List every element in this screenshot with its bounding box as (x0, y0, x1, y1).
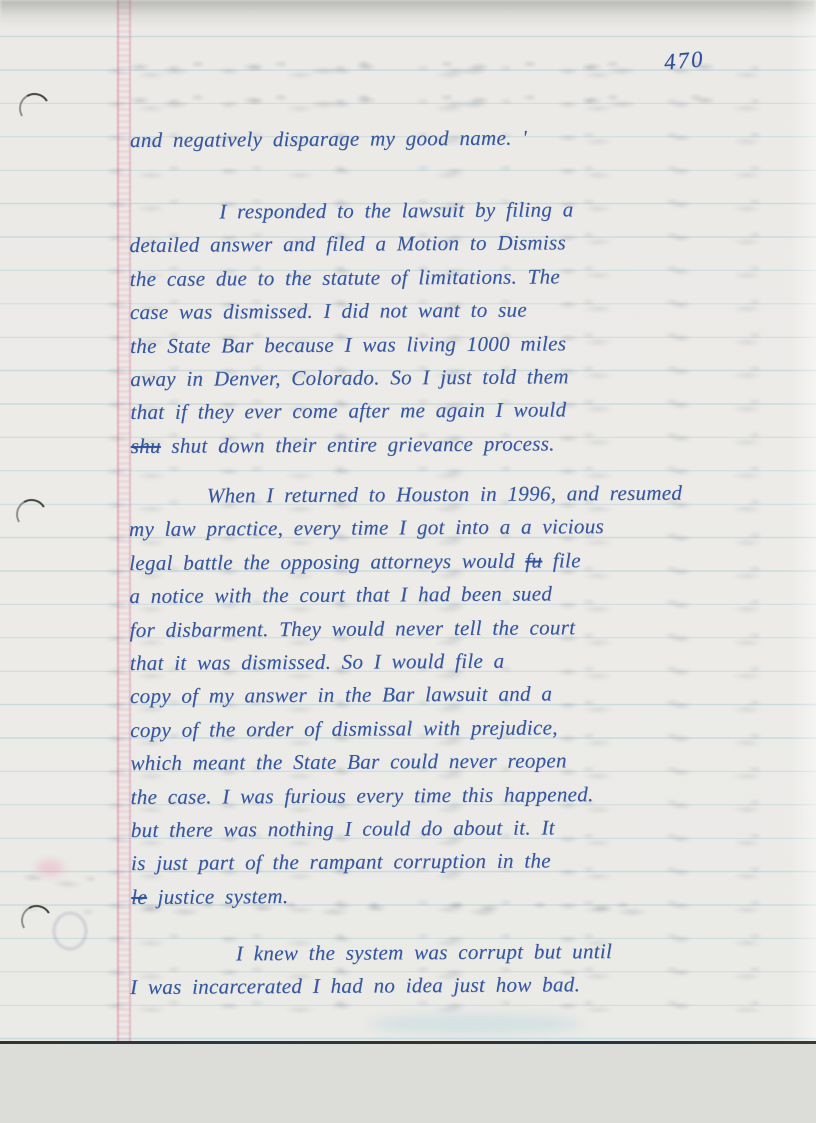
handwritten-text: away in Denver, Colorado. So I just told… (130, 364, 569, 391)
handwritten-text: case was dismissed. I did not want to su… (130, 298, 527, 324)
handwritten-line: legal battle the opposing attorneys woul… (129, 543, 789, 580)
handwritten-line: When I returned to Houston in 1996, and … (129, 476, 789, 513)
handwritten-line: a notice with the court that I had been … (129, 576, 789, 613)
handwritten-line: is just part of the rampant corruption i… (131, 843, 791, 880)
handwritten-line: that it was dismissed. So I would file a (130, 643, 790, 680)
handwritten-line: but there was nothing I could do about i… (131, 810, 791, 847)
handwritten-line: copy of my answer in the Bar lawsuit and… (130, 676, 790, 713)
handwritten-line: which meant the State Bar could never re… (130, 743, 790, 780)
handwritten-line: and negatively disparage my good name. ' (130, 120, 790, 157)
handwritten-text: copy of the order of dismissal with prej… (130, 715, 558, 742)
handwritten-text: detailed answer and filed a Motion to Di… (129, 231, 566, 258)
handwritten-text: copy of my answer in the Bar lawsuit and… (130, 682, 552, 709)
scanner-bed (0, 1044, 816, 1123)
handwritten-line: the case. I was furious every time this … (131, 777, 791, 814)
struck-out-word: le (131, 885, 147, 909)
handwritten-text: the State Bar because I was living 1000 … (130, 331, 566, 358)
handwritten-text: the case due to the statute of limitatio… (130, 264, 560, 291)
handwritten-line: I was incarcerated I had no idea just ho… (130, 967, 790, 1004)
page-number: 470 (663, 46, 706, 75)
handwritten-text: file (542, 548, 581, 572)
handwritten-text: the case. I was furious every time this … (131, 782, 594, 809)
handwritten-line: my law practice, every time I got into a… (129, 509, 789, 546)
handwritten-text: but there was nothing I could do about i… (131, 815, 555, 842)
handwritten-line: le justice system. (131, 877, 791, 914)
handwritten-text: and negatively disparage my good name. ' (130, 126, 527, 152)
handwritten-paragraph: When I returned to Houston in 1996, and … (129, 476, 792, 914)
handwritten-text: a notice with the court that I had been … (129, 582, 552, 609)
handwritten-line: the State Bar because I was living 1000 … (130, 326, 790, 363)
handwritten-text: justice system. (147, 884, 289, 909)
handwritten-line: the case due to the statute of limitatio… (130, 259, 790, 296)
handwriting-layer: and negatively disparage my good name. '… (0, 0, 816, 1044)
handwritten-text: my law practice, every time I got into a… (129, 515, 604, 542)
handwritten-line: away in Denver, Colorado. So I just told… (130, 359, 790, 396)
handwritten-text: legal battle the opposing attorneys woul… (129, 548, 525, 574)
handwritten-line: I knew the system was corrupt but until (130, 934, 790, 971)
handwritten-text: shut down their entire grievance process… (161, 431, 555, 457)
handwritten-text: I was incarcerated I had no idea just ho… (130, 973, 580, 1000)
handwritten-text: that it was dismissed. So I would file a (130, 649, 505, 675)
handwritten-line: detailed answer and filed a Motion to Di… (129, 225, 789, 262)
handwritten-text: that if they ever come after me again I … (130, 398, 566, 425)
handwritten-paragraph: and negatively disparage my good name. ' (130, 120, 790, 157)
handwritten-text: for disbarment. They would never tell th… (130, 615, 576, 642)
scanned-page: and negatively disparage my good name. '… (0, 0, 816, 1044)
struck-out-word: fu (525, 548, 542, 572)
handwritten-line: case was dismissed. I did not want to su… (130, 292, 790, 329)
handwritten-text: is just part of the rampant corruption i… (131, 849, 551, 876)
handwritten-line: for disbarment. They would never tell th… (129, 610, 789, 647)
handwritten-text: which meant the State Bar could never re… (130, 749, 567, 776)
handwritten-paragraph: I responded to the lawsuit by filing ade… (129, 192, 791, 463)
struck-out-word: shu (131, 434, 161, 458)
handwritten-line: shu shut down their entire grievance pro… (131, 426, 791, 463)
handwritten-line: copy of the order of dismissal with prej… (130, 710, 790, 747)
handwritten-text: I knew the system was corrupt but until (236, 939, 612, 965)
handwritten-line: that if they ever come after me again I … (130, 392, 790, 429)
handwritten-text: When I returned to Houston in 1996, and … (207, 481, 683, 508)
handwritten-line: I responded to the lawsuit by filing a (129, 192, 789, 229)
handwritten-text: I responded to the lawsuit by filing a (219, 197, 573, 223)
handwritten-paragraph: I knew the system was corrupt but untilI… (130, 934, 790, 1005)
